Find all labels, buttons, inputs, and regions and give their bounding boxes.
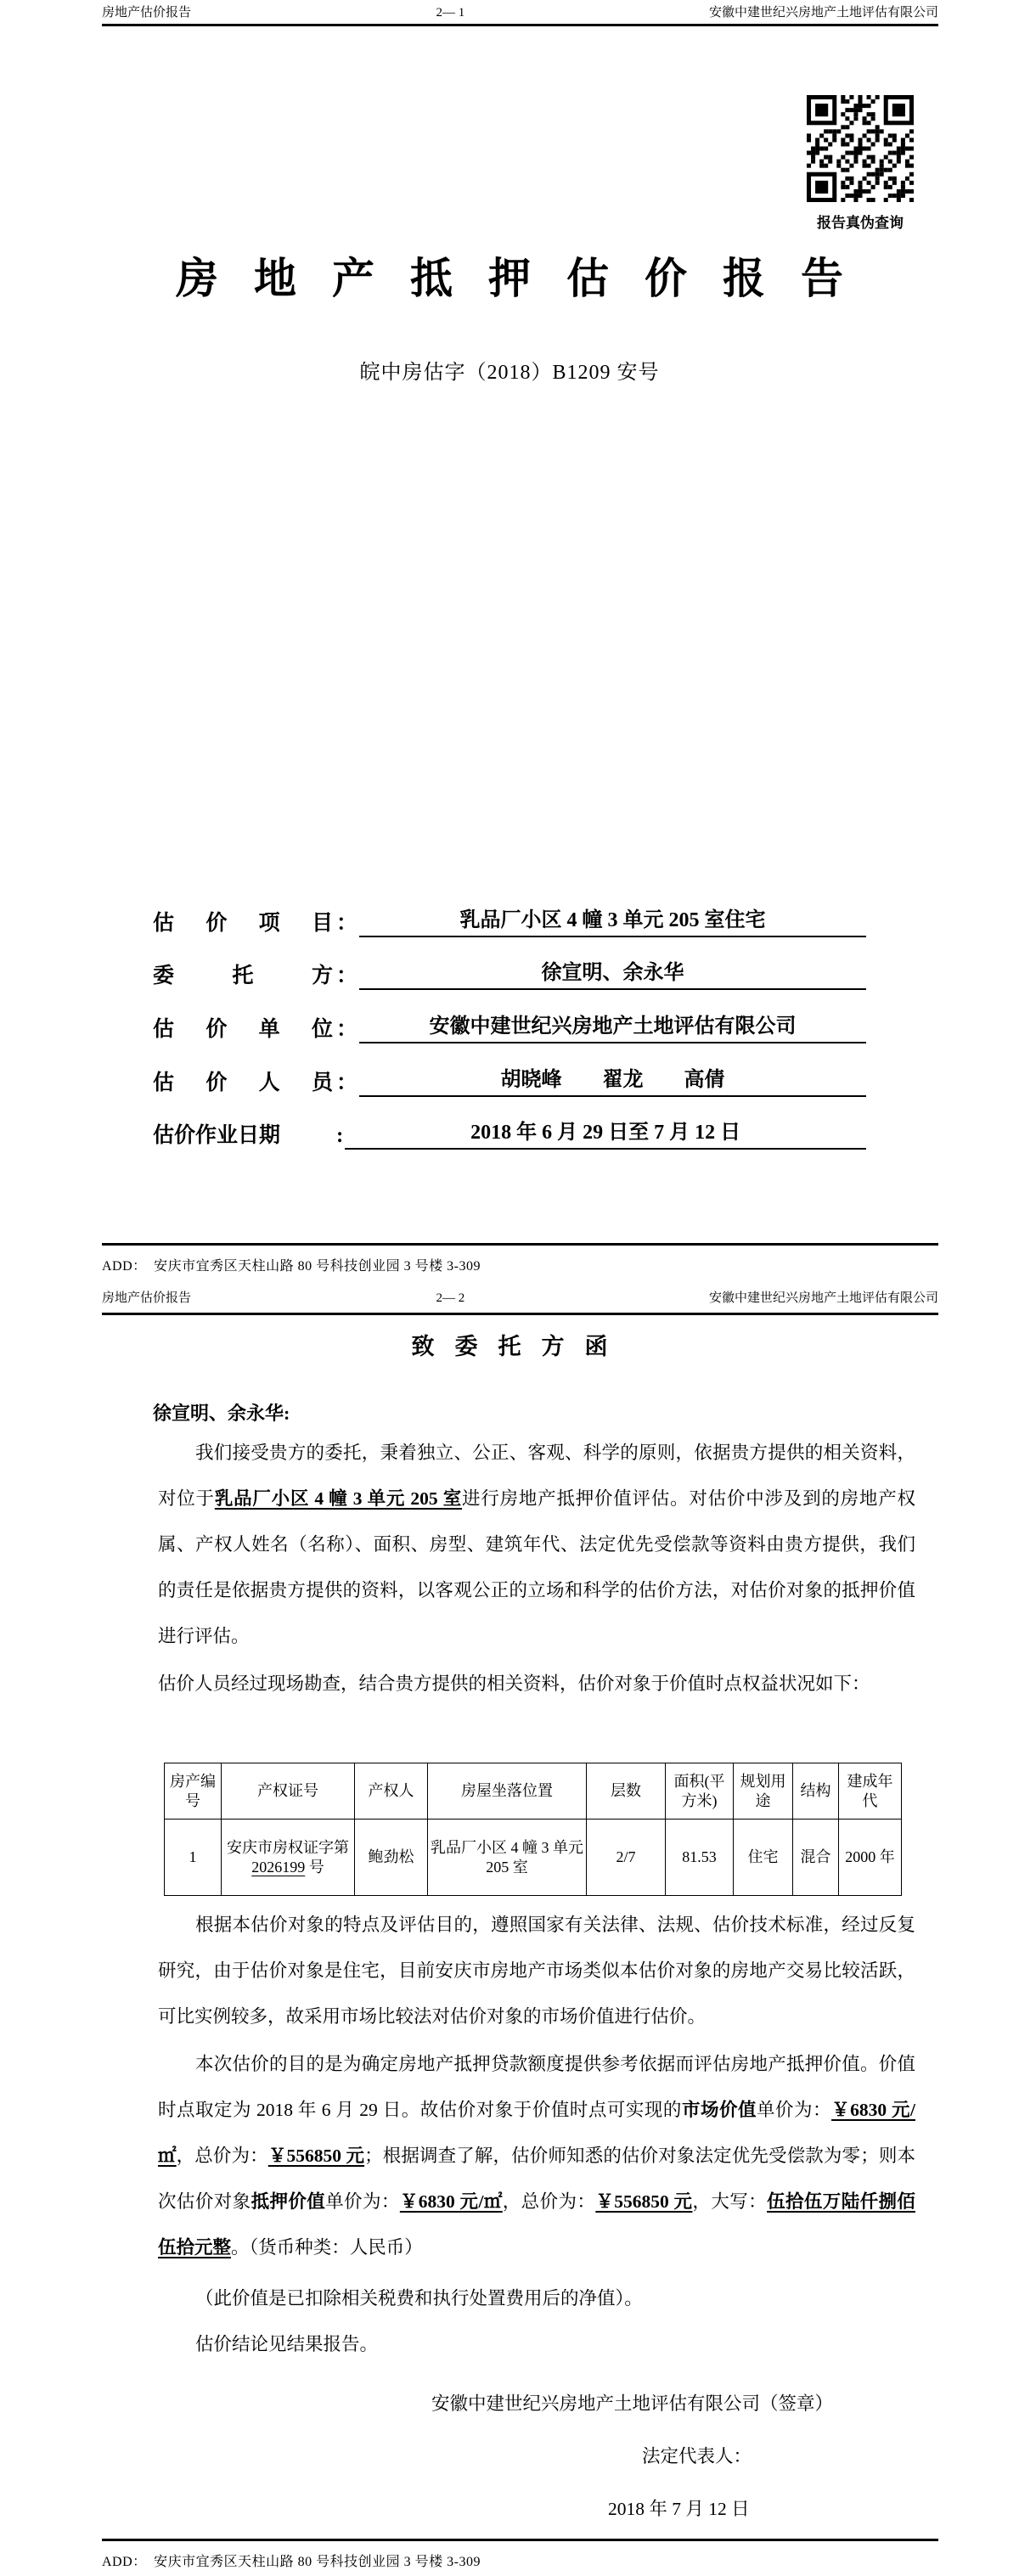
col-property-id: 房产编号: [165, 1763, 222, 1820]
paragraph-conclusion-note: 估价结论见结果报告。: [158, 2321, 915, 2367]
col-year-built: 建成年代: [839, 1763, 902, 1820]
field-value: 安徽中建世纪兴房地产土地评估有限公司: [359, 1012, 866, 1043]
salutation: 徐宣明、余永华:: [153, 1399, 290, 1426]
footer-rule-page1: [102, 1243, 938, 1246]
field-row-project: 估 价 项 目： 乳品厂小区 4 幢 3 单元 205 室住宅: [153, 898, 866, 937]
field-colon: ：: [333, 910, 359, 938]
col-floor: 层数: [587, 1763, 666, 1820]
field-colon: :: [333, 1122, 345, 1150]
appraisal-table: 房产编号 产权证号 产权人 房屋坐落位置 层数 面积(平方米) 规划用途 结构 …: [164, 1763, 902, 1896]
cell-owner: 鲍劲松: [355, 1820, 428, 1896]
field-label: 估价作业日期: [153, 1122, 333, 1150]
running-header-company: 安徽中建世纪兴房地产土地评估有限公司: [566, 3, 938, 20]
address-line-page2: ADD： 安庆市宜秀区天柱山路 80 号科技创业园 3 号楼 3-309: [102, 2551, 481, 2570]
cell-year-built: 2000 年: [839, 1820, 902, 1896]
field-colon: ：: [333, 1070, 359, 1098]
header-rule-page2: [102, 1313, 938, 1315]
paragraph-method: 根据本估价对象的特点及评估目的，遵照国家有关法律、法规、估价技术标准，经过反复研…: [158, 1902, 915, 2039]
field-value: 乳品厂小区 4 幢 3 单元 205 室住宅: [359, 906, 866, 937]
paragraph-survey: 估价人员经过现场勘查，结合贵方提供的相关资料，估价对象于价值时点权益状况如下：: [158, 1661, 915, 1707]
col-cert-no: 产权证号: [222, 1763, 355, 1820]
field-colon: ：: [333, 1016, 359, 1044]
col-area: 面积(平方米): [666, 1763, 734, 1820]
page2-running-header: 房地产估价报告 2— 2 安徽中建世纪兴房地产土地评估有限公司: [102, 1285, 938, 1306]
cell-structure: 混合: [793, 1820, 839, 1896]
signature-date: 2018 年 7 月 12 日: [608, 2494, 750, 2521]
header-rule-page1: [102, 24, 938, 26]
running-header-title: 房地产估价报告: [102, 3, 335, 20]
paragraph-intro: 我们接受贵方的委托，秉着独立、公正、客观、科学的原则，依据贵方提供的相关资料，对…: [158, 1430, 915, 1659]
table-header-row: 房产编号 产权证号 产权人 房屋坐落位置 层数 面积(平方米) 规划用途 结构 …: [165, 1763, 902, 1820]
cell-cert-no: 安庆市房权证字第 2026199 号: [222, 1820, 355, 1896]
field-value: 徐宣明、余永华: [359, 959, 866, 990]
paragraph-valuation: 本次估价的目的是为确定房地产抵押贷款额度提供参考依据而评估房地产抵押价值。价值时…: [158, 2041, 915, 2270]
address-line-page1: ADD： 安庆市宜秀区天柱山路 80 号科技创业园 3 号楼 3-309: [102, 1255, 481, 1274]
page2-number: 2— 2: [335, 1291, 567, 1306]
col-location: 房屋坐落位置: [428, 1763, 587, 1820]
field-row-client: 委 托 方： 徐宣明、余永华: [153, 951, 866, 990]
report-title: 房地产抵押估价报告: [0, 245, 1019, 306]
legal-representative-label: 法定代表人：: [642, 2442, 752, 2468]
col-structure: 结构: [793, 1763, 839, 1820]
cell-location: 乳品厂小区 4 幢 3 单元 205 室: [428, 1820, 587, 1896]
field-label: 估 价 项 目: [153, 910, 333, 938]
cell-floor: 2/7: [587, 1820, 666, 1896]
table-row: 1 安庆市房权证字第 2026199 号 鲍劲松 乳品厂小区 4 幢 3 单元 …: [165, 1820, 902, 1896]
cell-area: 81.53: [666, 1820, 734, 1896]
qr-code-icon: [807, 95, 914, 202]
qr-caption: 报告真伪查询: [785, 211, 935, 232]
field-label: 估 价 人 员: [153, 1070, 333, 1098]
paragraph-net-value-note: （此价值是已扣除相关税费和执行处置费用后的净值）。: [158, 2275, 915, 2321]
field-value: 胡晓峰 翟龙 高倩: [359, 1066, 866, 1097]
report-number: 皖中房估字（2018）B1209 安号: [0, 355, 1019, 385]
running-header-company: 安徽中建世纪兴房地产土地评估有限公司: [566, 1288, 938, 1306]
report-document: 房地产估价报告 2— 1 安徽中建世纪兴房地产土地评估有限公司 报告真伪查询 房…: [0, 0, 1019, 2576]
cell-planned-use: 住宅: [734, 1820, 793, 1896]
cell-property-id: 1: [165, 1820, 222, 1896]
field-value: 2018 年 6 月 29 日至 7 月 12 日: [345, 1118, 866, 1150]
page1-number: 2— 1: [335, 6, 567, 20]
field-label: 估 价 单 位: [153, 1016, 333, 1044]
col-owner: 产权人: [355, 1763, 428, 1820]
signature-company: 安徽中建世纪兴房地产土地评估有限公司（签章）: [431, 2389, 833, 2416]
footer-rule-page2: [102, 2539, 938, 2541]
letter-title: 致委托方函: [0, 1328, 1019, 1361]
col-planned-use: 规划用途: [734, 1763, 793, 1820]
field-row-appraisers: 估 价 人 员： 胡晓峰 翟龙 高倩: [153, 1058, 866, 1097]
field-row-agency: 估 价 单 位： 安徽中建世纪兴房地产土地评估有限公司: [153, 1004, 866, 1043]
field-colon: ：: [333, 963, 359, 991]
running-header-title: 房地产估价报告: [102, 1288, 335, 1306]
page1-running-header: 房地产估价报告 2— 1 安徽中建世纪兴房地产土地评估有限公司: [102, 0, 938, 20]
field-label: 委 托 方: [153, 963, 333, 991]
field-row-work-dates: 估价作业日期: 2018 年 6 月 29 日至 7 月 12 日: [153, 1111, 866, 1150]
